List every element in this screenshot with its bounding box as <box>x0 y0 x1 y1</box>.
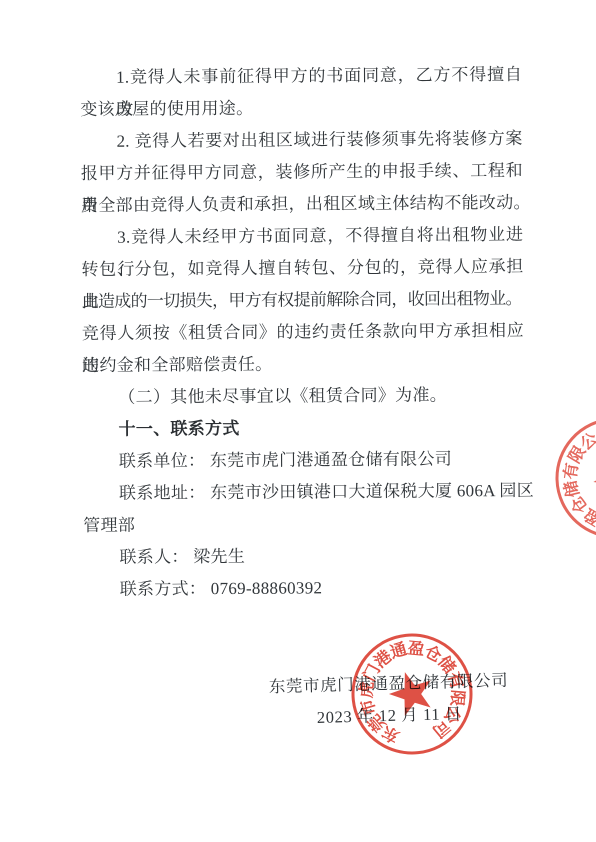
svg-text:公: 公 <box>577 429 596 454</box>
body-line: （二）其他未尽事宜以《租赁合同》为准。 <box>82 379 524 414</box>
body-line: 3.竞得人未经甲方书面同意，不得擅自将出租物业进行 <box>81 219 523 254</box>
svg-text:有: 有 <box>559 461 581 481</box>
signature-block: 东莞市虎门港通盈仓储有限公司 2023 年 12 月 11 日 <box>227 664 551 737</box>
body-line: 用全部由竞得人负责和承担，出租区域主体结构不能改动。 <box>81 187 523 222</box>
body-line: 报甲方并征得甲方同意，装修所产生的申报手续、工程和费 <box>81 155 523 190</box>
svg-text:通: 通 <box>388 638 410 662</box>
body-line: 竞得人须按《租赁合同》的违约责任条款向甲方承担相应的 <box>82 315 524 350</box>
body-line: 此造成的一切损失，甲方有权提前解除合同，收回出租物业。 <box>82 283 524 318</box>
svg-text:仓: 仓 <box>421 641 445 667</box>
contact-person-line: 联系人： 梁先生 <box>83 539 525 574</box>
contact-unit-line: 联系单位： 东莞市虎门港通盈仓储有限公司 <box>83 443 525 478</box>
svg-text:盈: 盈 <box>407 638 426 658</box>
body-line: 转包、分包，如竞得人擅自转包、分包的，竞得人应承担由 <box>81 251 523 286</box>
contact-phone-line: 联系方式： 0769-88860392 <box>84 571 526 606</box>
body-line: 1.竞得人未事前征得甲方的书面同意，乙方不得擅自改 <box>80 59 522 94</box>
body-line: 2. 竞得人若要对出租区域进行装修须事先将装修方案 <box>80 123 522 158</box>
contact-address-line: 联系地址： 东莞市沙田镇港口大道保税大厦 606A 园区 <box>83 475 525 510</box>
document-page: 1.竞得人未事前征得甲方的书面同意，乙方不得擅自改 变该房屋的使用用途。 2. … <box>0 0 596 842</box>
body-line: 违约金和全部赔偿责任。 <box>82 347 524 382</box>
contact-section-heading: 十一、联系方式 <box>82 411 524 446</box>
svg-text:仓: 仓 <box>566 492 592 518</box>
contact-address-line: 管理部 <box>83 507 525 542</box>
svg-text:储: 储 <box>561 478 584 499</box>
body-text: 1.竞得人未事前征得甲方的书面同意，乙方不得擅自改 变该房屋的使用用途。 2. … <box>80 59 526 606</box>
svg-text:盈: 盈 <box>580 504 596 529</box>
body-line: 变该房屋的使用用途。 <box>80 91 522 126</box>
svg-text:限: 限 <box>565 442 590 466</box>
